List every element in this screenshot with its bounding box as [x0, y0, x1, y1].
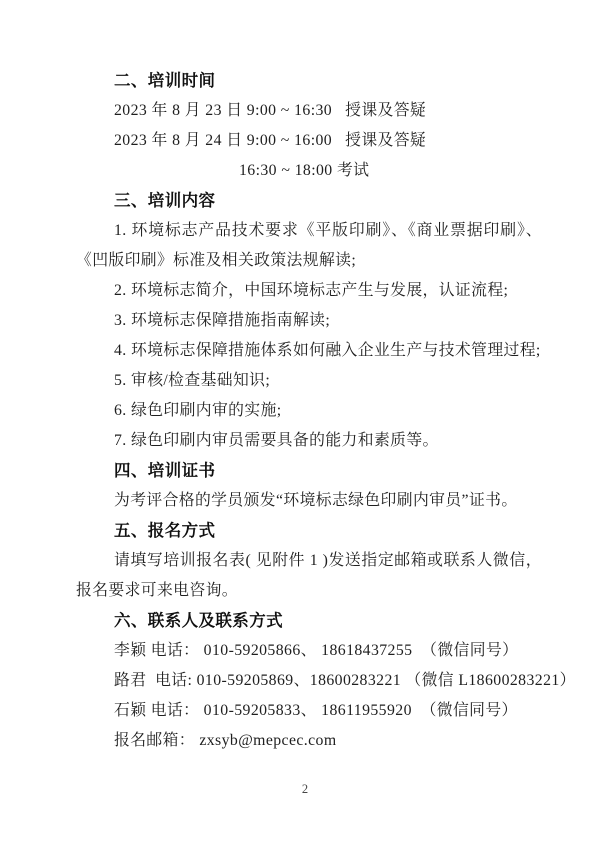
certificate-body: 为考评合格的学员颁发“环境标志绿色印刷内审员”证书。 — [76, 486, 542, 516]
document-body: 二、培训时间 2023 年 8 月 23 日 9:00 ~ 16:30 授课及答… — [76, 66, 542, 756]
heading-certificate: 四、培训证书 — [76, 456, 542, 486]
document-page: 二、培训时间 2023 年 8 月 23 日 9:00 ~ 16:30 授课及答… — [0, 0, 610, 862]
heading-contacts: 六、联系人及联系方式 — [76, 606, 542, 636]
page-number: 2 — [0, 782, 610, 796]
training-time-day2: 2023 年 8 月 24 日 9:00 ~ 16:00 授课及答疑 — [76, 126, 542, 156]
registration-email: 报名邮箱： zxsyb@mepcec.com — [76, 726, 542, 756]
heading-training-time: 二、培训时间 — [76, 66, 542, 96]
heading-training-content: 三、培训内容 — [76, 186, 542, 216]
contact-lu-jun: 路君 电话: 010-59205869、18600283221 （微信 L186… — [76, 666, 542, 696]
contact-shi-ying: 石颖 电话： 010-59205833、 18611955920 （微信同号） — [76, 696, 542, 726]
training-content-item-5: 5. 审核/检查基础知识; — [76, 366, 542, 396]
training-time-exam: 16:30 ~ 18:00 考试 — [76, 156, 542, 186]
contact-li-ying: 李颖 电话： 010-59205866、 18618437255 （微信同号） — [76, 636, 542, 666]
registration-body: 请填写培训报名表( 见附件 1 )发送指定邮箱或联系人微信，报名要求可来电咨询。 — [76, 546, 542, 606]
training-content-item-1: 1. 环境标志产品技术要求《平版印刷》、《商业票据印刷》、《凹版印刷》标准及相关… — [76, 216, 542, 276]
training-content-item-4: 4. 环境标志保障措施体系如何融入企业生产与技术管理过程; — [76, 336, 542, 366]
training-content-item-7: 7. 绿色印刷内审员需要具备的能力和素质等。 — [76, 426, 542, 456]
heading-registration: 五、报名方式 — [76, 516, 542, 546]
training-content-item-3: 3. 环境标志保障措施指南解读; — [76, 306, 542, 336]
training-content-item-6: 6. 绿色印刷内审的实施; — [76, 396, 542, 426]
training-time-day1: 2023 年 8 月 23 日 9:00 ~ 16:30 授课及答疑 — [76, 96, 542, 126]
training-content-item-2: 2. 环境标志简介，中国环境标志产生与发展，认证流程; — [76, 276, 542, 306]
